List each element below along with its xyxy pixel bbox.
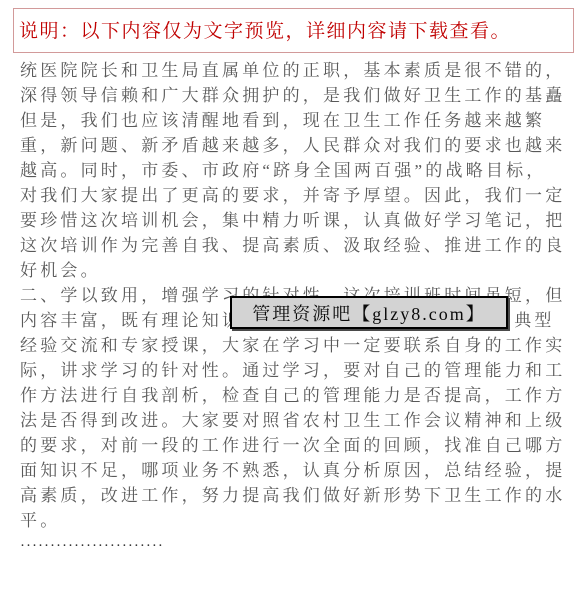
notice-banner: 说明：以下内容仅为文字预览，详细内容请下载查看。: [13, 8, 574, 53]
document-preview-page: 说明：以下内容仅为文字预览，详细内容请下载查看。 统医院院长和卫生局直属单位的正…: [0, 0, 578, 600]
text-line: 好机会。: [20, 258, 568, 283]
text-line: 深得领导信赖和广大群众拥护的，是我们做好卫生工作的基矗: [20, 83, 568, 108]
ellipsis-row: ························: [20, 539, 568, 553]
text-line: 际，讲求学习的针对性。通过学习，要对自己的管理能力和工: [20, 358, 568, 383]
text-line: 但是，我们也应该清醒地看到，现在卫生工作任务越来越繁: [20, 108, 568, 133]
text-line: 要珍惜这次培训机会，集中精力听课，认真做好学习笔记，把: [20, 208, 568, 233]
watermark-text: 管理资源吧【glzy8.com】: [252, 300, 485, 326]
text-line-left-fragment: 内容丰富，既有理论知识: [20, 311, 242, 330]
text-line: 法是否得到改进。大家要对照省农村卫生工作会议精神和上级: [20, 408, 568, 433]
text-line: 的要求，对前一段的工作进行一次全面的回顾，找准自己哪方: [20, 433, 568, 458]
text-line: 经验交流和专家授课，大家在学习中一定要联系自身的工作实: [20, 333, 568, 358]
watermark-box: 管理资源吧【glzy8.com】: [230, 296, 508, 329]
text-line: 平。: [20, 508, 568, 533]
text-line: 这次培训作为完善自我、提高素质、汲取经验、推进工作的良: [20, 233, 568, 258]
text-line: 高素质，改进工作，努力提高我们做好新形势下卫生工作的水: [20, 483, 568, 508]
text-line: 越高。同时，市委、市政府“跻身全国两百强”的战略目标，: [20, 158, 568, 183]
notice-text: 说明：以下内容仅为文字预览，详细内容请下载查看。: [19, 21, 511, 42]
text-line: 重，新问题、新矛盾越来越多，人民群众对我们的要求也越来: [20, 133, 568, 158]
text-line-right-fragment: 典型: [514, 311, 554, 330]
text-line: 作方法进行自我剖析，检查自己的管理能力是否提高，工作方: [20, 383, 568, 408]
text-line: 面知识不足，哪项业务不熟悉，认真分析原因，总结经验，提: [20, 458, 568, 483]
text-line: 统医院院长和卫生局直属单位的正职，基本素质是很不错的，: [20, 58, 568, 83]
text-line: 对我们大家提出了更高的要求，并寄予厚望。因此，我们一定: [20, 183, 568, 208]
